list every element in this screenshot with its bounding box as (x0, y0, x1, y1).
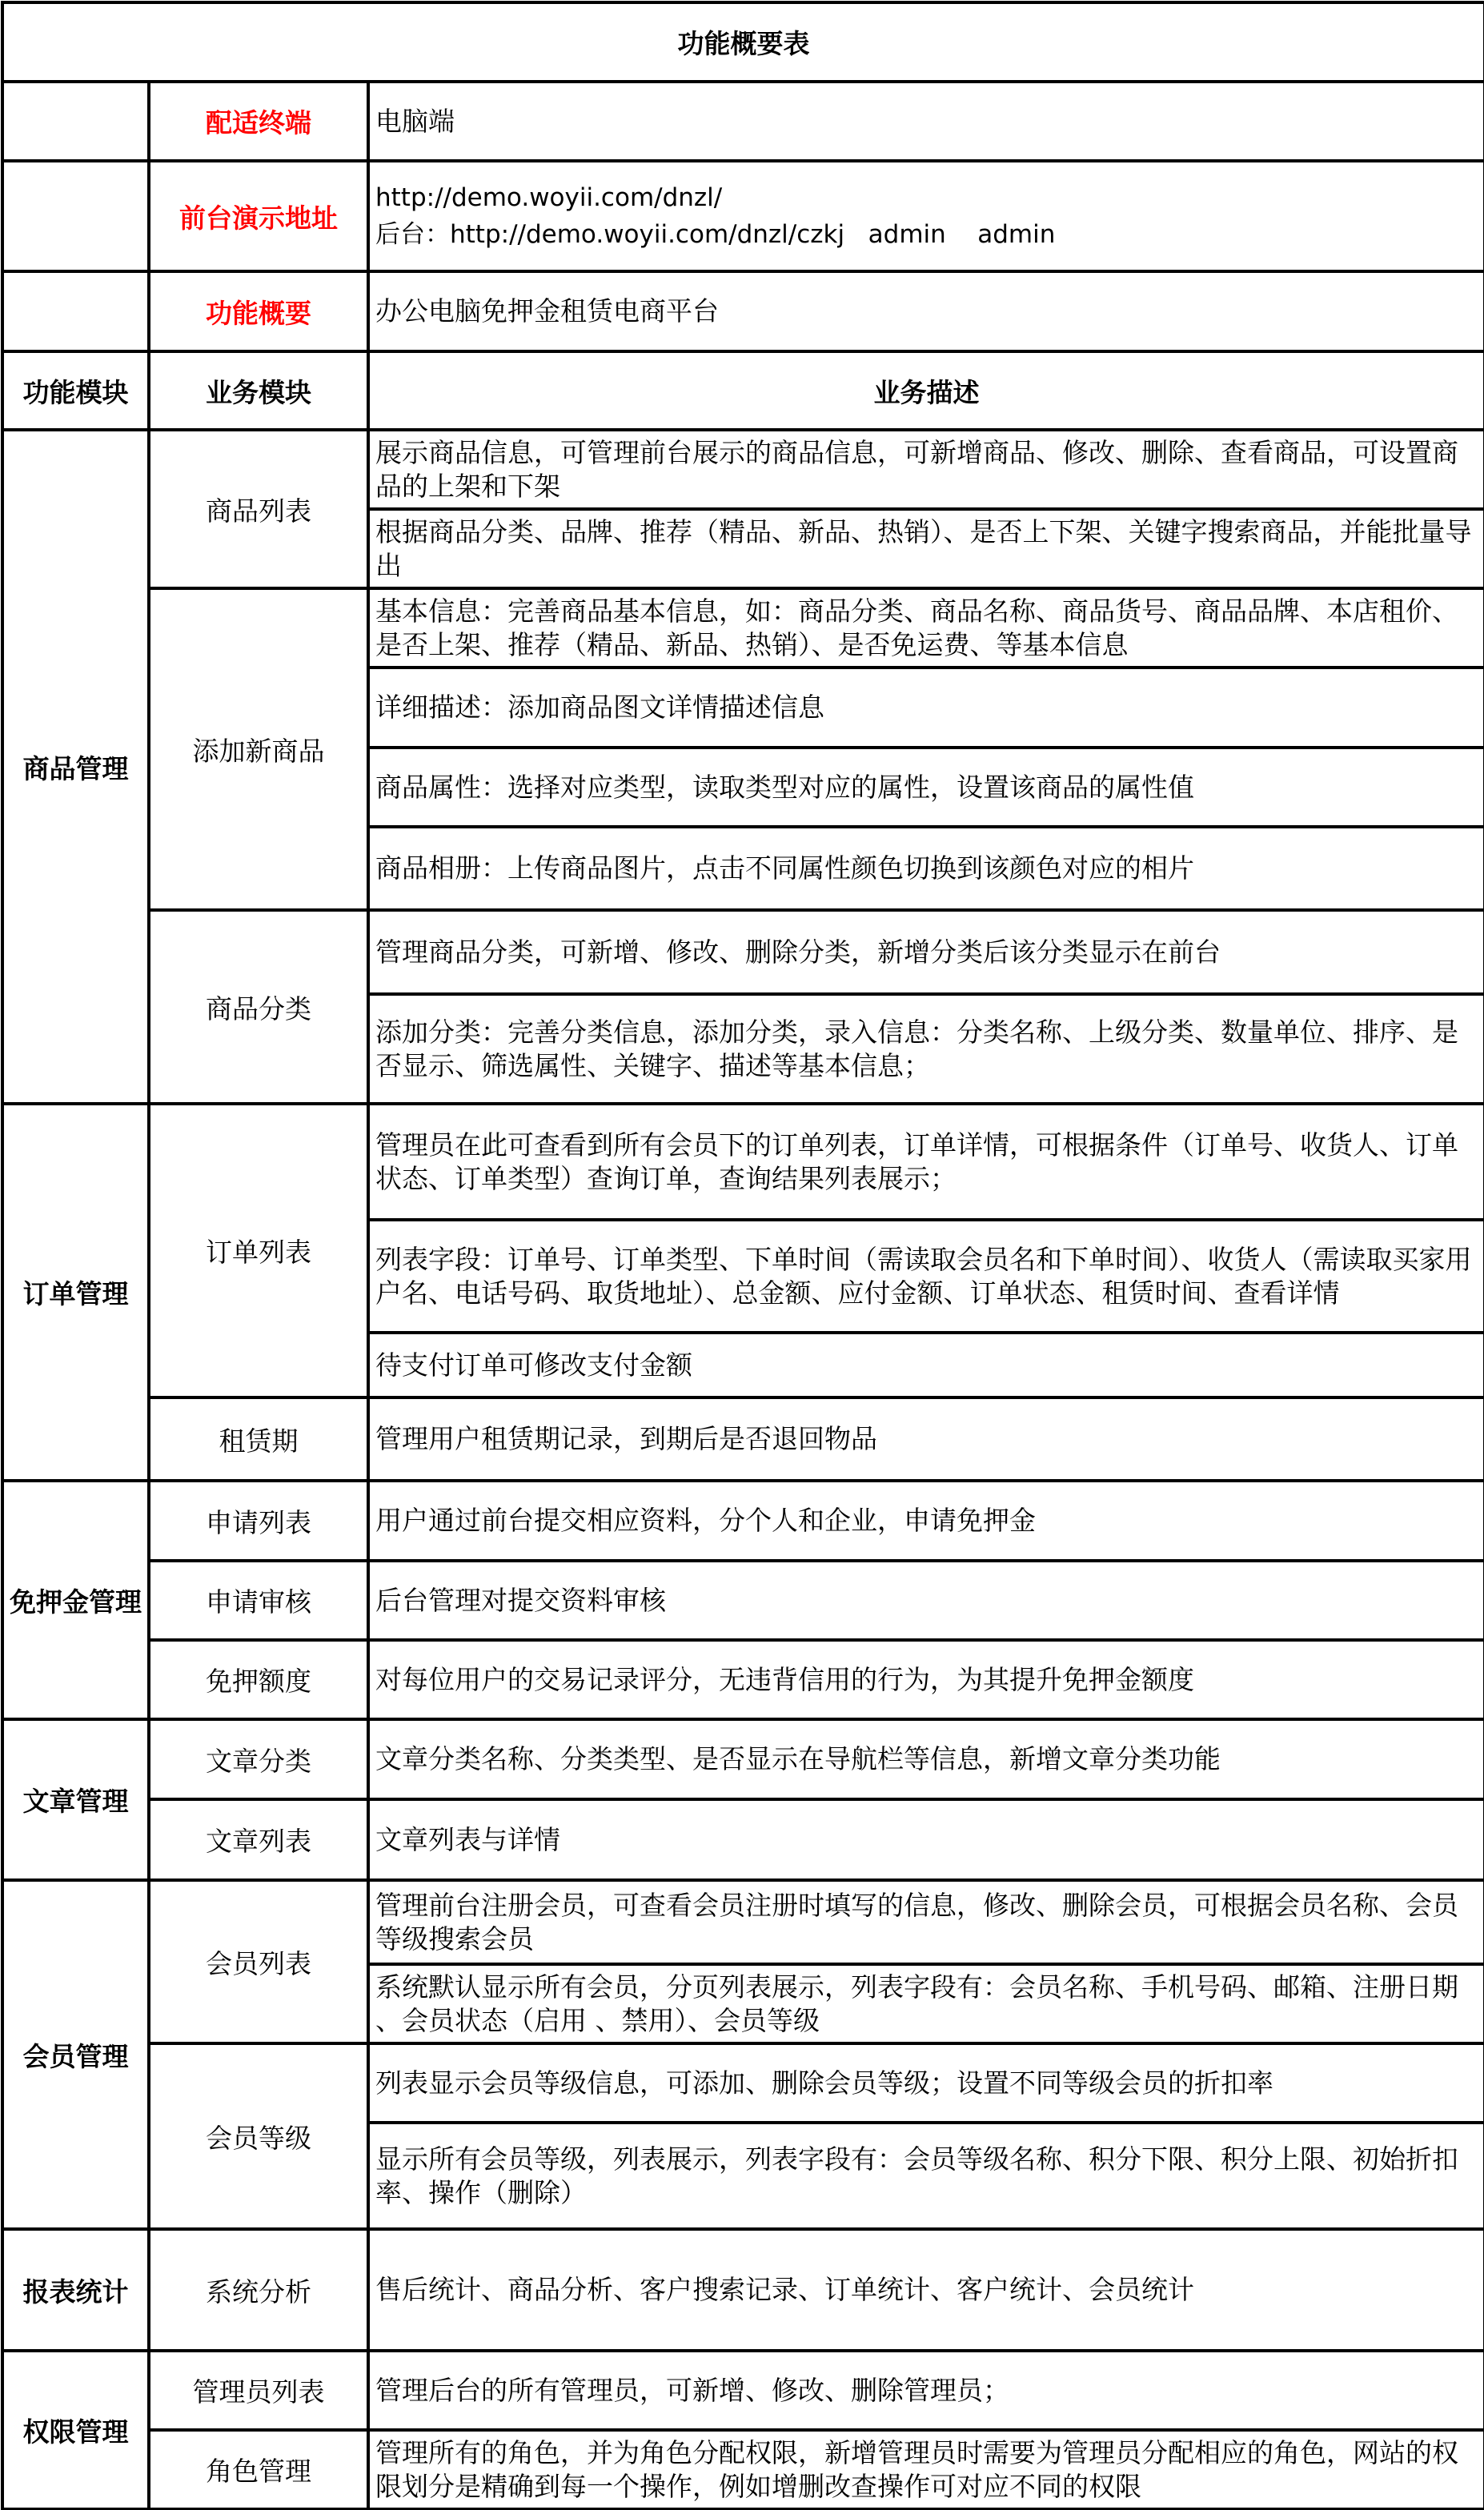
submodule-cell: 会员列表 (149, 1880, 368, 2043)
module-cell: 订单管理 (2, 1104, 149, 1481)
description-cell: 待支付订单可修改支付金额 (368, 1333, 1484, 1397)
table-row: 添加新商品 基本信息：完善商品基本信息，如：商品分类、商品名称、商品货号、商品品… (2, 588, 1484, 668)
feature-summary-table: 功能概要表 配适终端 电脑端 前台演示地址 http://demo.woyii.… (1, 1, 1484, 2510)
table-row: 权限管理 管理员列表 管理后台的所有管理员，可新增、修改、删除管理员； (2, 2351, 1484, 2430)
description-cell: 售后统计、商品分析、客户搜索记录、订单统计、客户统计、会员统计 (368, 2229, 1484, 2351)
description-cell: 管理后台的所有管理员，可新增、修改、删除管理员； (368, 2351, 1484, 2430)
frontend-url-text: http://demo.woyii.com/dnzl/ (375, 179, 1483, 216)
submodule-cell: 申请列表 (149, 1481, 368, 1561)
table-row: 商品分类 管理商品分类，可新增、修改、删除分类，新增分类后该分类显示在前台 (2, 910, 1484, 994)
submodule-cell: 角色管理 (149, 2430, 368, 2509)
description-cell: 添加分类：完善分类信息，添加分类，录入信息：分类名称、上级分类、数量单位、排序、… (368, 994, 1484, 1104)
description-cell: 列表字段：订单号、订单类型、下单时间（需读取会员名和下单时间）、收货人（需读取买… (368, 1220, 1484, 1333)
description-cell: 管理所有的角色，并为角色分配权限，新增管理员时需要为管理员分配相应的角色，网站的… (368, 2430, 1484, 2509)
submodule-cell: 会员等级 (149, 2043, 368, 2229)
meta-value-line: 办公电脑免押金租赁电商平台 (375, 294, 1483, 329)
description-cell: 商品相册：上传商品图片，点击不同属性颜色切换到该颜色对应的相片 (368, 827, 1484, 910)
table-title: 功能概要表 (2, 2, 1484, 82)
description-cell: 管理商品分类，可新增、修改、删除分类，新增分类后该分类显示在前台 (368, 910, 1484, 994)
table-row: 会员管理 会员列表 管理前台注册会员，可查看会员注册时填写的信息，修改、删除会员… (2, 1880, 1484, 1964)
table-row: 申请审核 后台管理对提交资料审核 (2, 1561, 1484, 1640)
table-row: 免押额度 对每位用户的交易记录评分，无违背信用的行为，为其提升免押金额度 (2, 1640, 1484, 1719)
table-row: 商品管理 商品列表 展示商品信息，可管理前台展示的商品信息，可新增商品、修改、删… (2, 430, 1484, 509)
table-row: 租赁期 管理用户租赁期记录，到期后是否退回物品 (2, 1397, 1484, 1481)
submodule-cell: 添加新商品 (149, 588, 368, 910)
module-cell: 权限管理 (2, 2351, 149, 2509)
module-cell: 会员管理 (2, 1880, 149, 2229)
description-cell: 列表显示会员等级信息，可添加、删除会员等级；设置不同等级会员的折扣率 (368, 2043, 1484, 2123)
meta-value-overview: 办公电脑免押金租赁电商平台 (368, 271, 1484, 351)
table-row: 订单管理 订单列表 管理员在此可查看到所有会员下的订单列表，订单详情，可根据条件… (2, 1104, 1484, 1220)
header-module: 功能模块 (2, 351, 149, 430)
description-cell: 管理员在此可查看到所有会员下的订单列表，订单详情，可根据条件（订单号、收货人、订… (368, 1104, 1484, 1220)
meta-value-line: 电脑端 (375, 104, 1483, 139)
meta-value-demo-address: http://demo.woyii.com/dnzl/ 后台：http://de… (368, 161, 1484, 271)
meta-label-terminal: 配适终端 (149, 82, 368, 161)
submodule-cell: 管理员列表 (149, 2351, 368, 2430)
description-cell: 展示商品信息，可管理前台展示的商品信息，可新增商品、修改、删除、查看商品，可设置… (368, 430, 1484, 509)
submodule-cell: 租赁期 (149, 1397, 368, 1481)
meta-label-overview: 功能概要 (149, 271, 368, 351)
submodule-cell: 商品列表 (149, 430, 368, 588)
blank-cell (2, 161, 149, 271)
header-row: 功能模块 业务模块 业务描述 (2, 351, 1484, 430)
submodule-cell: 免押额度 (149, 1640, 368, 1719)
submodule-cell: 申请审核 (149, 1561, 368, 1640)
submodule-cell: 商品分类 (149, 910, 368, 1104)
description-cell: 根据商品分类、品牌、推荐（精品、新品、热销）、是否上下架、关键字搜索商品，并能批… (368, 509, 1484, 588)
table-row: 文章管理 文章分类 文章分类名称、分类类型、是否显示在导航栏等信息，新增文章分类… (2, 1719, 1484, 1799)
description-cell: 后台管理对提交资料审核 (368, 1561, 1484, 1640)
description-cell: 管理前台注册会员，可查看会员注册时填写的信息，修改、删除会员，可根据会员名称、会… (368, 1880, 1484, 1964)
description-cell: 文章分类名称、分类类型、是否显示在导航栏等信息，新增文章分类功能 (368, 1719, 1484, 1799)
title-row: 功能概要表 (2, 2, 1484, 82)
submodule-cell: 文章列表 (149, 1799, 368, 1880)
module-cell: 免押金管理 (2, 1481, 149, 1719)
description-cell: 管理用户租赁期记录，到期后是否退回物品 (368, 1397, 1484, 1481)
table-row: 角色管理 管理所有的角色，并为角色分配权限，新增管理员时需要为管理员分配相应的角… (2, 2430, 1484, 2509)
table-row: 报表统计 系统分析 售后统计、商品分析、客户搜索记录、订单统计、客户统计、会员统… (2, 2229, 1484, 2351)
header-submodule: 业务模块 (149, 351, 368, 430)
description-cell: 对每位用户的交易记录评分，无违背信用的行为，为其提升免押金额度 (368, 1640, 1484, 1719)
meta-row-demo-address: 前台演示地址 http://demo.woyii.com/dnzl/ 后台：ht… (2, 161, 1484, 271)
backend-url-text: 后台：http://demo.woyii.com/dnzl/czkj admin… (375, 216, 1483, 253)
blank-cell (2, 271, 149, 351)
meta-row-terminal: 配适终端 电脑端 (2, 82, 1484, 161)
table-row: 文章列表 文章列表与详情 (2, 1799, 1484, 1880)
meta-row-overview: 功能概要 办公电脑免押金租赁电商平台 (2, 271, 1484, 351)
submodule-cell: 文章分类 (149, 1719, 368, 1799)
meta-value-terminal: 电脑端 (368, 82, 1484, 161)
blank-cell (2, 82, 149, 161)
description-cell: 用户通过前台提交相应资料，分个人和企业，申请免押金 (368, 1481, 1484, 1561)
description-cell: 基本信息：完善商品基本信息，如：商品分类、商品名称、商品货号、商品品牌、本店租价… (368, 588, 1484, 668)
meta-label-demo-address: 前台演示地址 (149, 161, 368, 271)
description-cell: 系统默认显示所有会员，分页列表展示，列表字段有：会员名称、手机号码、邮箱、注册日… (368, 1964, 1484, 2043)
submodule-cell: 系统分析 (149, 2229, 368, 2351)
submodule-cell: 订单列表 (149, 1104, 368, 1397)
module-cell: 报表统计 (2, 2229, 149, 2351)
description-cell: 商品属性：选择对应类型，读取类型对应的属性，设置该商品的属性值 (368, 748, 1484, 827)
description-cell: 显示所有会员等级，列表展示，列表字段有：会员等级名称、积分下限、积分上限、初始折… (368, 2123, 1484, 2229)
module-cell: 文章管理 (2, 1719, 149, 1880)
header-description: 业务描述 (368, 351, 1484, 430)
description-cell: 详细描述：添加商品图文详情描述信息 (368, 668, 1484, 748)
description-cell: 文章列表与详情 (368, 1799, 1484, 1880)
module-cell: 商品管理 (2, 430, 149, 1104)
table-row: 免押金管理 申请列表 用户通过前台提交相应资料，分个人和企业，申请免押金 (2, 1481, 1484, 1561)
table-row: 会员等级 列表显示会员等级信息，可添加、删除会员等级；设置不同等级会员的折扣率 (2, 2043, 1484, 2123)
